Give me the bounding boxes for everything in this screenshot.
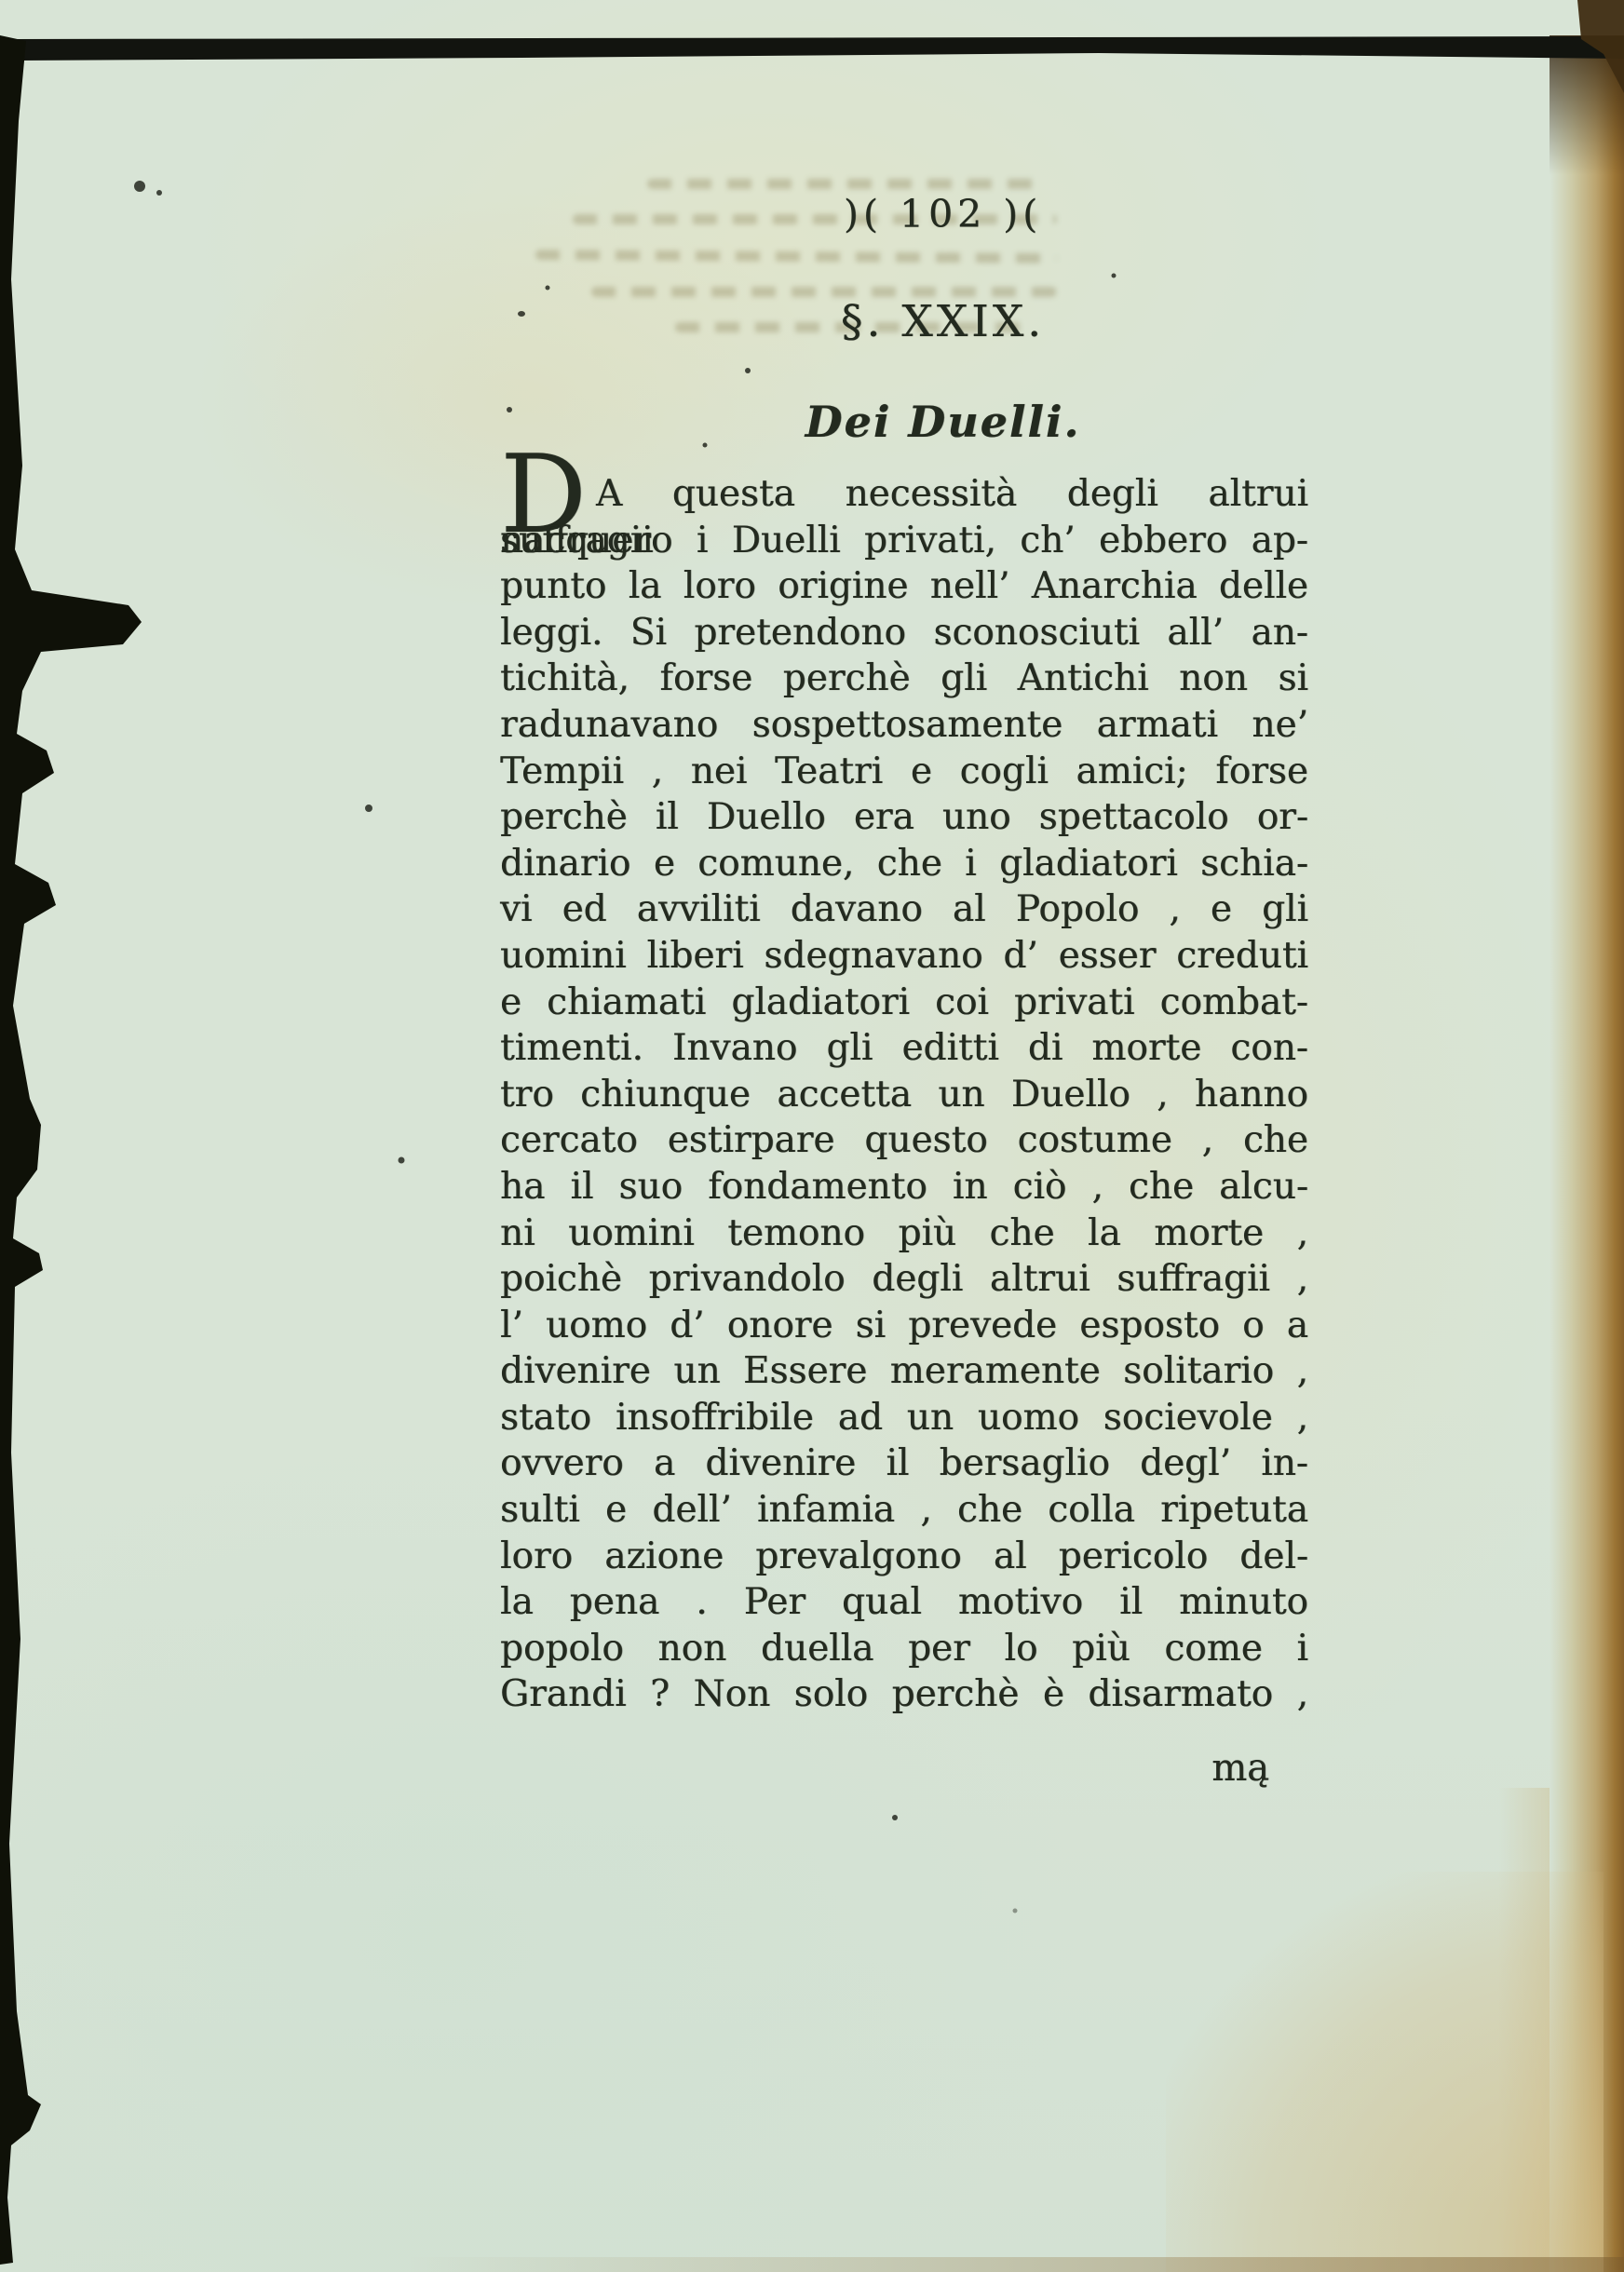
- body-line: DA questa necessità degli altrui suffrag…: [500, 471, 1308, 518]
- page-number: )( 102 )(: [461, 192, 1425, 237]
- body-line: punto la loro origine nell’ Anarchia del…: [500, 563, 1308, 610]
- body-line: popolo non duella per lo più come i: [500, 1626, 1308, 1672]
- body-line: uomini liberi sdegnavano d’ esser credut…: [500, 933, 1308, 980]
- body-line: tro chiunque accetta un Duello , hanno: [500, 1072, 1308, 1118]
- body-line: radunavano sospettosamente armati ne’: [500, 702, 1308, 749]
- body-line: nacquero i Duelli privati, ch’ ebbero ap…: [500, 518, 1308, 564]
- body-line: divenire un Essere meramente solitario ,: [500, 1348, 1308, 1395]
- body-line: cercato estirpare questo costume , che: [500, 1117, 1308, 1164]
- body-line: leggi. Si pretendono sconosciuti all’ an…: [500, 610, 1308, 656]
- body-line: e chiamati gladiatori coi privati combat…: [500, 980, 1308, 1026]
- scan-border-top: [17, 36, 1624, 61]
- bottom-edge-shadow: [0, 2257, 1624, 2272]
- paragraph-text: DA questa necessità degli altrui suffrag…: [500, 471, 1308, 1718]
- body-line: ha il suo fondamento in ciò , che alcu-: [500, 1164, 1308, 1210]
- catchword: mą: [500, 1747, 1308, 1790]
- body-line: perchè il Duello era uno spettacolo or-: [500, 794, 1308, 841]
- body-line: vi ed avviliti davano al Popolo , e gli: [500, 886, 1308, 933]
- chapter-title: Dei Duelli.: [461, 397, 1425, 447]
- body-line: sulti e dell’ infamia , che colla ripetu…: [500, 1487, 1308, 1534]
- body-line: stato insoffribile ad un uomo socievole …: [500, 1395, 1308, 1441]
- fore-edge-browning: [1550, 35, 1624, 2272]
- scan-border-corner: [1577, 0, 1624, 93]
- body-line: la pena . Per qual motivo il minuto: [500, 1579, 1308, 1626]
- body-line: l’ uomo d’ onore si prevede esposto o a: [500, 1303, 1308, 1349]
- bleedthrough-line: [647, 179, 1048, 189]
- body-line: ni uomini temono più che la morte ,: [500, 1210, 1308, 1257]
- body-line: timenti. Invano gli editti di morte con-: [500, 1025, 1308, 1072]
- body-line: Tempii , nei Teatri e cogli amici; forse: [500, 749, 1308, 795]
- corner-stain: [1166, 1872, 1604, 2272]
- bleedthrough-line: [535, 250, 1057, 264]
- body-line: poichè privandolo degli altrui suffragii…: [500, 1256, 1308, 1303]
- scan-border-left: [0, 35, 142, 2265]
- book-page-scan: )( 102 )( §. XXIX. Dei Duelli. DA questa…: [0, 0, 1624, 2272]
- body-line: dinario e comune, che i gladiatori schia…: [500, 841, 1308, 887]
- body-line: Grandi ? Non solo perchè è disarmato ,: [500, 1671, 1308, 1718]
- body-line: tichità, forse perchè gli Antichi non si: [500, 656, 1308, 702]
- body-line: ovvero a divenire il bersaglio degl’ in-: [500, 1440, 1308, 1487]
- section-heading: §. XXIX.: [461, 296, 1425, 347]
- body-line: loro azione prevalgono al pericolo del-: [500, 1534, 1308, 1580]
